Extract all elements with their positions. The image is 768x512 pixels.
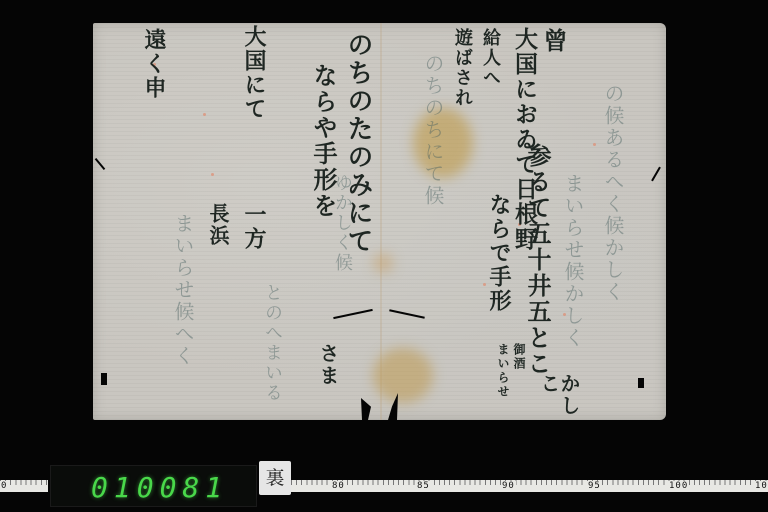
frame-counter-display: 010081 (50, 465, 257, 507)
text-column: さま (318, 343, 338, 387)
ruler-label: 85 (416, 481, 431, 491)
ruler-left: 0 (0, 480, 48, 492)
ruler-label: 95 (587, 481, 602, 491)
red-dot (211, 173, 214, 176)
text-column: 一方 (243, 203, 265, 251)
text-column: まいらせ (497, 343, 509, 399)
text-column: 曾 (541, 28, 565, 54)
faint-column: とのへまいる (263, 283, 281, 403)
text-column: 大国にて (243, 25, 265, 121)
ruler-label: 90 (501, 481, 516, 491)
tear-mark (638, 378, 644, 388)
side-label-tag: 裏 (259, 461, 291, 495)
text-column: 御酒 (513, 343, 525, 371)
text-column: かしこ (539, 373, 579, 420)
tear-mark (361, 398, 371, 420)
text-column: ならや手形を (311, 63, 335, 219)
ruler-label: 0 (0, 481, 8, 491)
letter-document: の候あるへく候かしく まいらせ候かしく のちのちにて候 ゆかしく候 まいらせ候へ… (93, 23, 666, 420)
tear-mark (101, 373, 107, 385)
faint-column: まいらせ候かしく (563, 173, 583, 349)
faint-column: のちのちにて候 (423, 53, 443, 207)
red-dot (593, 143, 596, 146)
text-column: 長浜 (208, 203, 228, 247)
tear-mark (333, 309, 373, 319)
stain (373, 348, 433, 403)
ruler-right: 80 85 90 95 100 105 (291, 480, 768, 492)
text-column: のちのたのみにて (345, 31, 371, 255)
counter-digits: 010081 (91, 471, 228, 504)
tear-mark (95, 158, 106, 170)
tear-mark (651, 167, 661, 182)
stain (373, 253, 393, 273)
text-column: 参るて五十井五とこ (525, 143, 549, 377)
text-column: 遠く申 (143, 28, 165, 100)
ruler-label: 80 (331, 481, 346, 491)
ruler-label: 100 (668, 481, 689, 491)
text-column: 遊ばされ (453, 28, 471, 108)
faint-column: まいらせ候へく (173, 213, 193, 367)
faint-column: の候あるへく候かしく (603, 83, 623, 303)
ruler-label: 105 (754, 481, 768, 491)
text-column: 給人へ (481, 28, 499, 88)
red-dot (203, 113, 206, 116)
tear-mark (389, 309, 425, 318)
text-column: ならで手形 (488, 193, 510, 313)
